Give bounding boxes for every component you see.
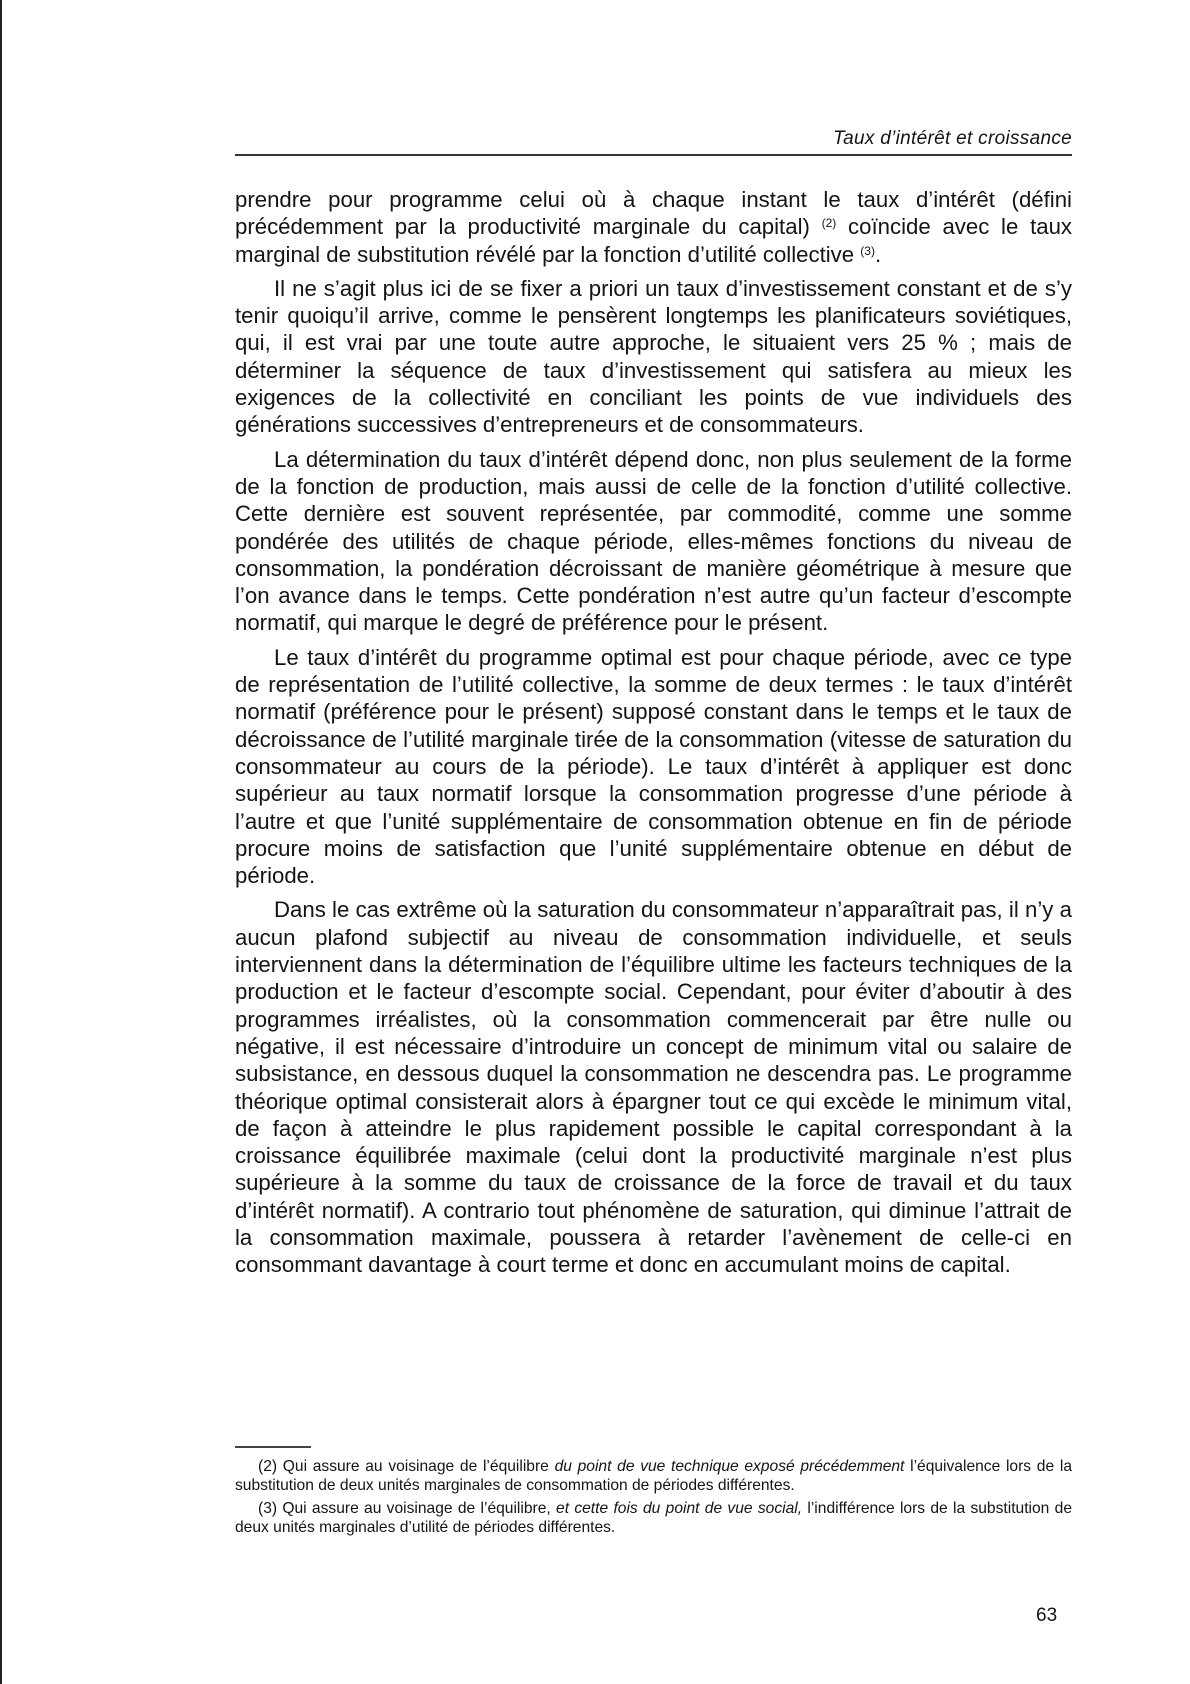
- page-edge-rule: [0, 0, 2, 1684]
- body-text: prendre pour programme celui où à chaque…: [235, 186, 1072, 1286]
- paragraph-4: Le taux d’intérêt du programme optimal e…: [235, 644, 1072, 890]
- paragraph-3: La détermination du taux d’intérêt dépen…: [235, 446, 1072, 637]
- page-number: 63: [1036, 1605, 1057, 1627]
- footnote-3: (3) Qui assure au voisinage de l’équilib…: [235, 1500, 1072, 1537]
- footnote-text: Qui assure au voisinage de l’équilibre: [277, 1458, 555, 1475]
- footnote-rule: [235, 1446, 311, 1448]
- paragraph-2: Il ne s’agit plus ici de se fixer a prio…: [235, 275, 1072, 439]
- footnotes: (2) Qui assure au voisinage de l’équilib…: [235, 1458, 1072, 1542]
- running-header: Taux d’intérêt et croissance: [235, 128, 1072, 156]
- footnote-ref-3[interactable]: (3): [860, 244, 875, 258]
- paragraph-text: .: [875, 242, 881, 267]
- footnote-ref-2[interactable]: (2): [822, 216, 837, 230]
- footnote-text: Qui assure au voisinage de l’équilibre,: [277, 1500, 556, 1517]
- footnote-emphasis: et cette fois du point de vue social,: [556, 1500, 802, 1517]
- footnote-emphasis: du point de vue technique exposé précéde…: [555, 1458, 905, 1475]
- running-title: Taux d’intérêt et croissance: [235, 128, 1072, 154]
- footnote-number: (2): [258, 1458, 277, 1475]
- paragraph-5: Dans le cas extrême où la saturation du …: [235, 896, 1072, 1278]
- header-rule: [235, 154, 1072, 156]
- footnote-number: (3): [258, 1500, 277, 1517]
- paragraph-1: prendre pour programme celui où à chaque…: [235, 186, 1072, 268]
- footnote-2: (2) Qui assure au voisinage de l’équilib…: [235, 1458, 1072, 1495]
